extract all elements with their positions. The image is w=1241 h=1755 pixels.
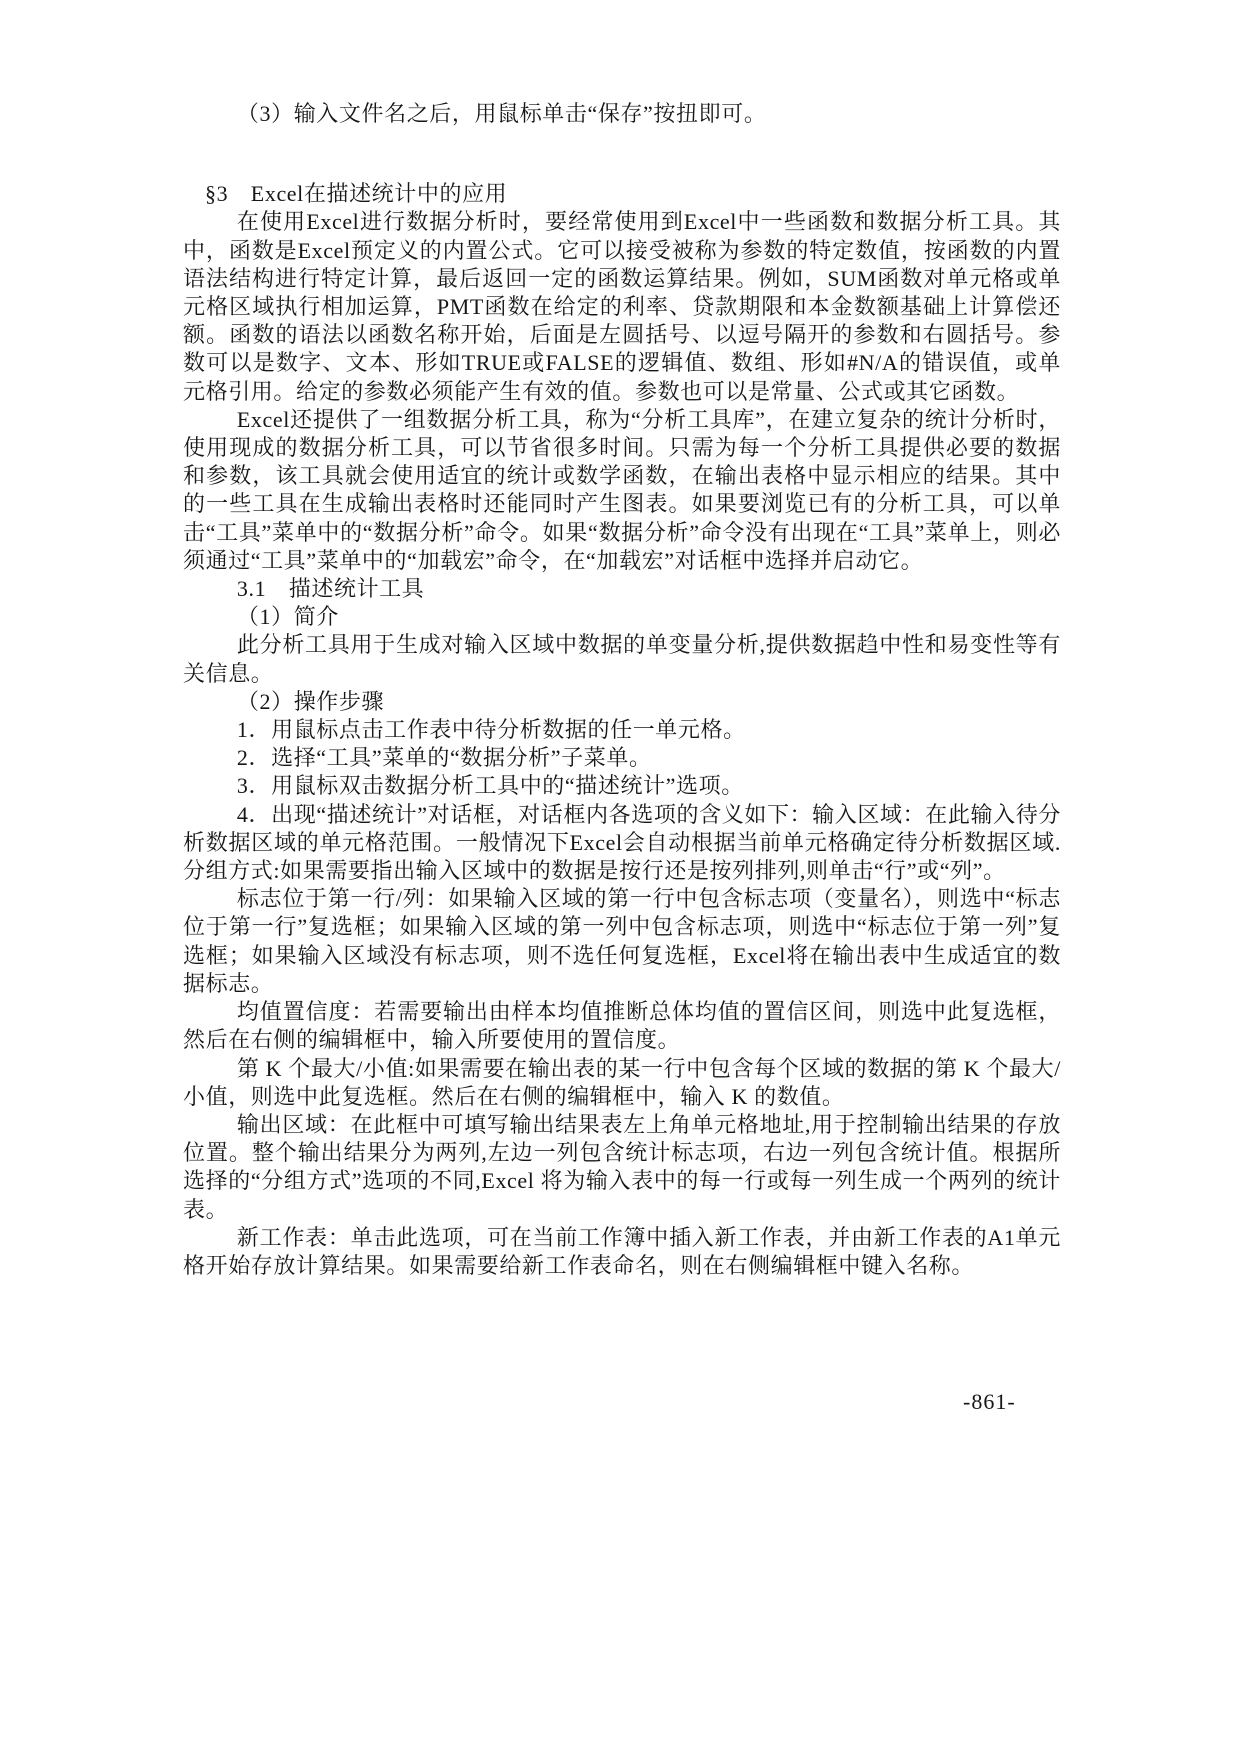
step-item-3: 3．用鼠标双击数据分析工具中的“描述统计”选项。	[183, 772, 1061, 800]
paragraph-tool-description: 此分析工具用于生成对输入区域中数据的单变量分析,提供数据趋中性和易变性等有关信息…	[183, 631, 1061, 687]
paragraph-output-range: 输出区域：在此框中可填写输出结果表左上角单元格地址,用于控制输出结果的存放位置。…	[183, 1111, 1061, 1224]
list-label-intro: （1）简介	[183, 603, 1061, 631]
paragraph-new-worksheet: 新工作表：单击此选项，可在当前工作簿中插入新工作表，并由新工作表的A1单元格开始…	[183, 1224, 1061, 1280]
document-body: （3）输入文件名之后，用鼠标单击“保存”按扭即可。 §3 Excel在描述统计中…	[183, 100, 1061, 1280]
subsection-heading: 3.1 描述统计工具	[183, 575, 1061, 603]
paragraph-confidence-level: 均值置信度：若需要输出由样本均值推断总体均值的置信区间，则选中此复选框，然后在右…	[183, 998, 1061, 1054]
paragraph-kth-largest-smallest: 第 K 个最大/小值:如果需要在输出表的某一行中包含每个区域的数据的第 K 个最…	[183, 1055, 1061, 1111]
paragraph-step-4-input-range: 4．出现“描述统计”对话框，对话框内各选项的含义如下：输入区域：在此输入待分析数…	[183, 801, 1061, 886]
paragraph-analysis-toolpak: Excel还提供了一组数据分析工具，称为“分析工具库”，在建立复杂的统计分析时，…	[183, 406, 1061, 575]
paragraph-save-instruction: （3）输入文件名之后，用鼠标单击“保存”按扭即可。	[183, 100, 1061, 128]
list-label-steps: （2）操作步骤	[183, 688, 1061, 716]
paragraph-functions-intro: 在使用Excel进行数据分析时，要经常使用到Excel中一些函数和数据分析工具。…	[183, 208, 1061, 405]
document-page: （3）输入文件名之后，用鼠标单击“保存”按扭即可。 §3 Excel在描述统计中…	[0, 0, 1241, 1755]
step-item-1: 1．用鼠标点击工作表中待分析数据的任一单元格。	[183, 716, 1061, 744]
paragraph-labels-option: 标志位于第一行/列：如果输入区域的第一行中包含标志项（变量名），则选中“标志位于…	[183, 885, 1061, 998]
section-heading: §3 Excel在描述统计中的应用	[183, 180, 1061, 208]
step-item-2: 2．选择“工具”菜单的“数据分析”子菜单。	[183, 744, 1061, 772]
page-number: -861-	[963, 1389, 1016, 1415]
